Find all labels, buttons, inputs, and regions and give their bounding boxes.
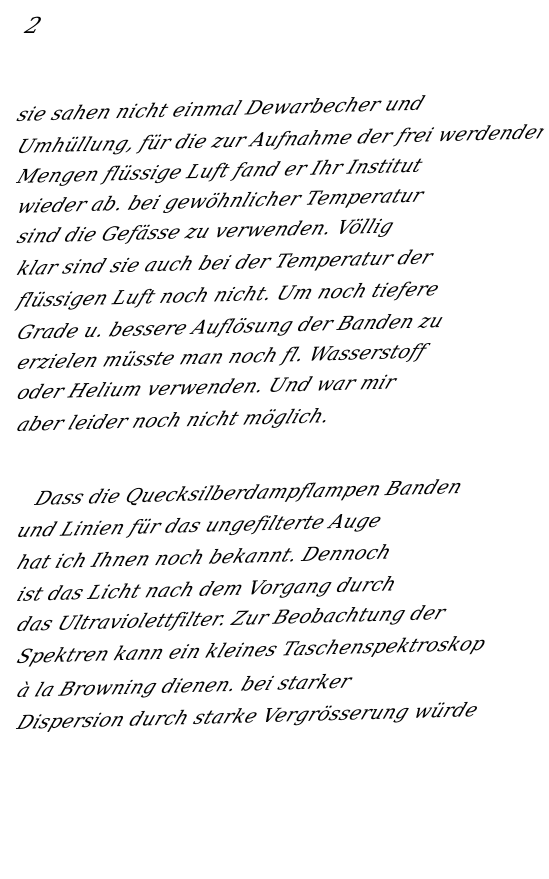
text-line: flüssigen Luft noch nicht. Um noch tiefe… <box>14 275 547 312</box>
text-line: Spektren kann ein kleines Taschenspektro… <box>14 631 547 668</box>
text-line: und Linien für das ungefilterte Auge <box>14 505 547 542</box>
text-line: oder Helium verwenden. Und war mir <box>14 367 547 404</box>
text-line: sie sahen nicht einmal Dewarbecher und <box>14 89 547 126</box>
manuscript-page: 2 sie sahen nicht einmal Dewarbecher und… <box>0 0 549 879</box>
text-line: hat ich Ihnen noch bekannt. Dennoch <box>14 537 547 574</box>
text-line: das Ultraviolettfilter. Zur Beobachtung … <box>14 599 547 636</box>
text-line: à la Browning dienen. bei starker <box>14 665 547 702</box>
page-number: 2 <box>21 14 44 39</box>
text-line: Dispersion durch starke Vergrösserung wü… <box>14 697 547 734</box>
text-line: sind die Gefässe zu verwenden. Völlig <box>14 211 547 248</box>
text-line: Dass die Quecksilberdampflampen Banden <box>32 473 549 510</box>
text-line: klar sind sie auch bei der Temperatur de… <box>14 243 547 280</box>
text-line: aber leider noch nicht möglich. <box>14 399 547 436</box>
